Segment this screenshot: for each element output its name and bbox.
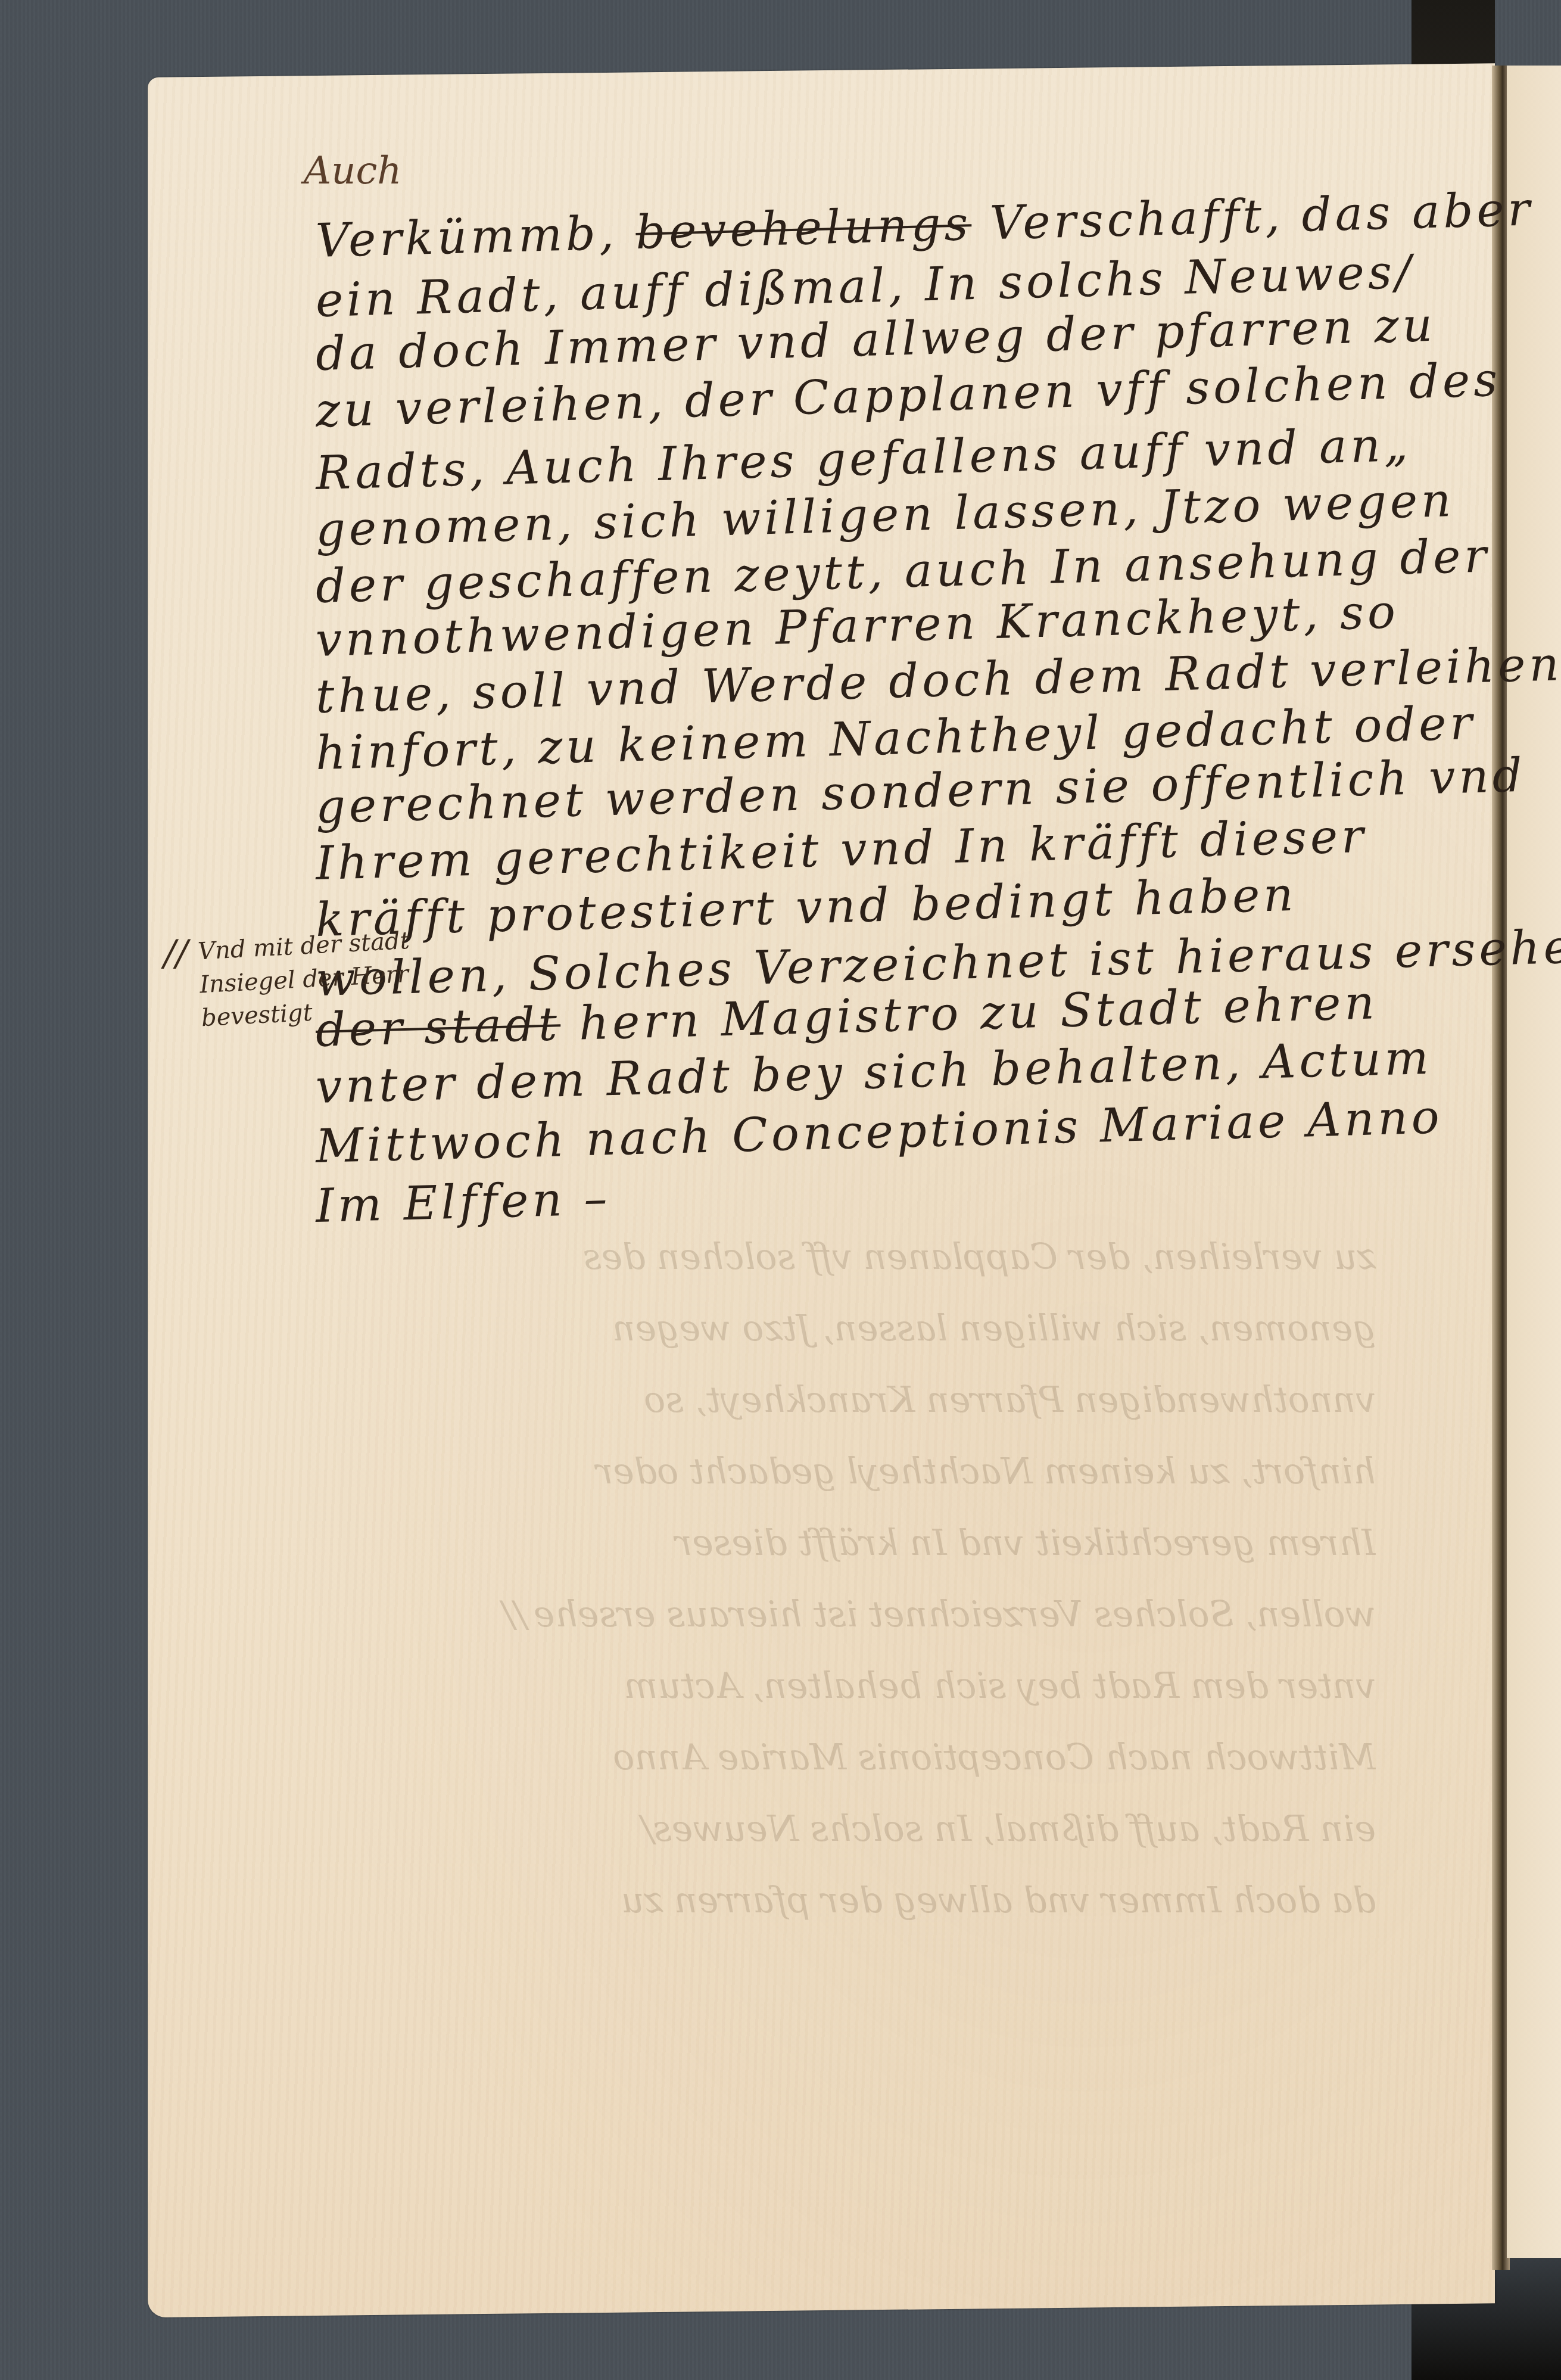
bleed-through-text: zu verleihen, der Capplanen vff solchen … (334, 1221, 1376, 2026)
margin-note: Vnd mit der stadt Insiegel der Herr beve… (197, 924, 416, 1035)
adjacent-page-edge (1507, 66, 1561, 2258)
struck-text: bevehelungs (635, 197, 972, 260)
text-line: Im Elffen – (315, 1172, 612, 1233)
insertion-mark-margin: // (164, 932, 188, 974)
interlinear-insertion: Auch (304, 149, 402, 193)
